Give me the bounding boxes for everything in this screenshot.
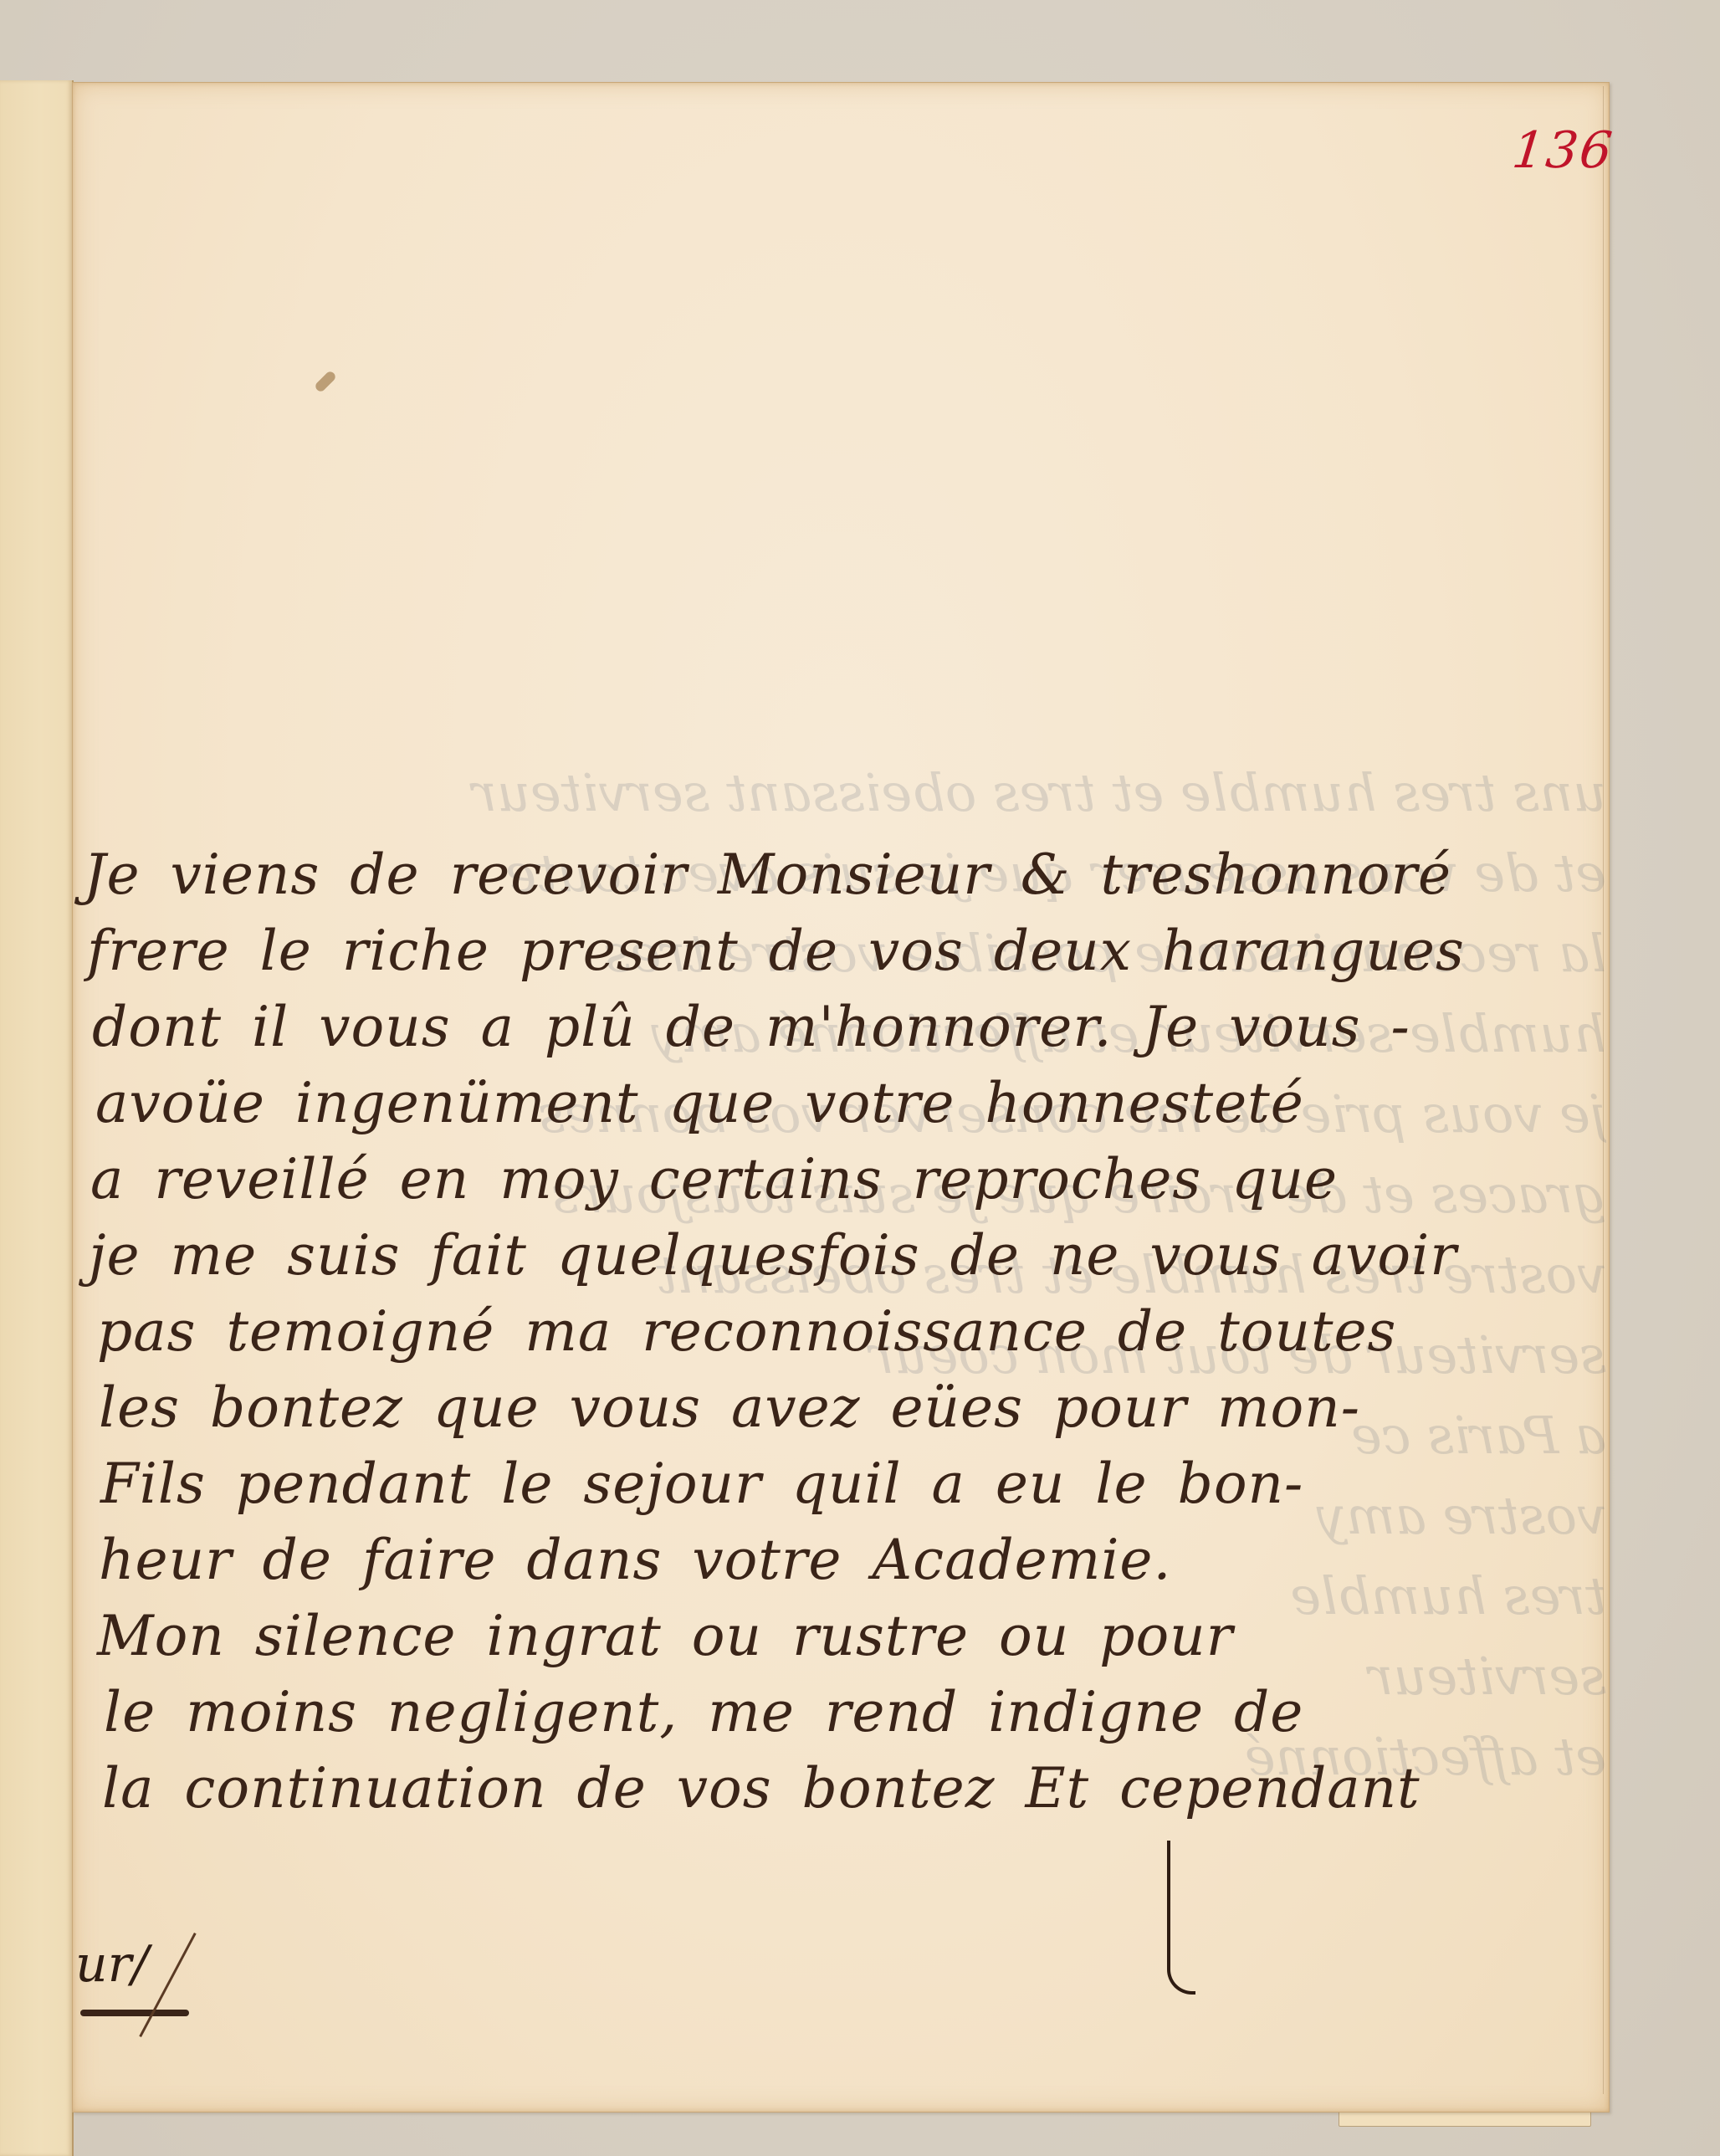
letter-line-3: dont il vous a plû de m'honnorer. Je vou…: [84, 989, 1606, 1065]
binding-strip: [0, 80, 74, 2156]
letter-line-4: avoüe ingenüment que votre honnesteté: [84, 1065, 1606, 1141]
letter-line-5: a reveillé en moy certains reproches que: [84, 1141, 1606, 1217]
margin-fragment-underline: [80, 2010, 189, 2016]
letter-line-7: pas temoigné ma reconnoissance de toutes: [84, 1293, 1606, 1370]
letter-line-10: heur de faire dans votre Academie.: [84, 1522, 1606, 1598]
folio-number: 136: [1510, 125, 1616, 176]
letter-line-8: les bontez que vous avez eües pour mon-: [84, 1370, 1606, 1446]
letter-line-1: Je viens de recevoir Monsieur & treshonn…: [84, 837, 1606, 913]
margin-fragment-text: ur/: [75, 1939, 149, 1990]
letter-line-9: Fils pendant le sejour quil a eu le bon-: [84, 1446, 1606, 1522]
letter-line-6: je me suis fait quelquesfois de ne vous …: [84, 1217, 1606, 1293]
letter-line-11: Mon silence ingrat ou rustre ou pour: [84, 1598, 1606, 1674]
letter-line-13: la continuation de vos bontez Et cependa…: [84, 1750, 1606, 1826]
letter-line-12: le moins negligent, me rend indigne de: [84, 1674, 1606, 1750]
descender-flourish: [1167, 1841, 1195, 1995]
letter-line-2: frere le riche present de vos deux haran…: [84, 913, 1606, 989]
letter-body: Je viens de recevoir Monsieur & treshonn…: [84, 837, 1606, 1826]
